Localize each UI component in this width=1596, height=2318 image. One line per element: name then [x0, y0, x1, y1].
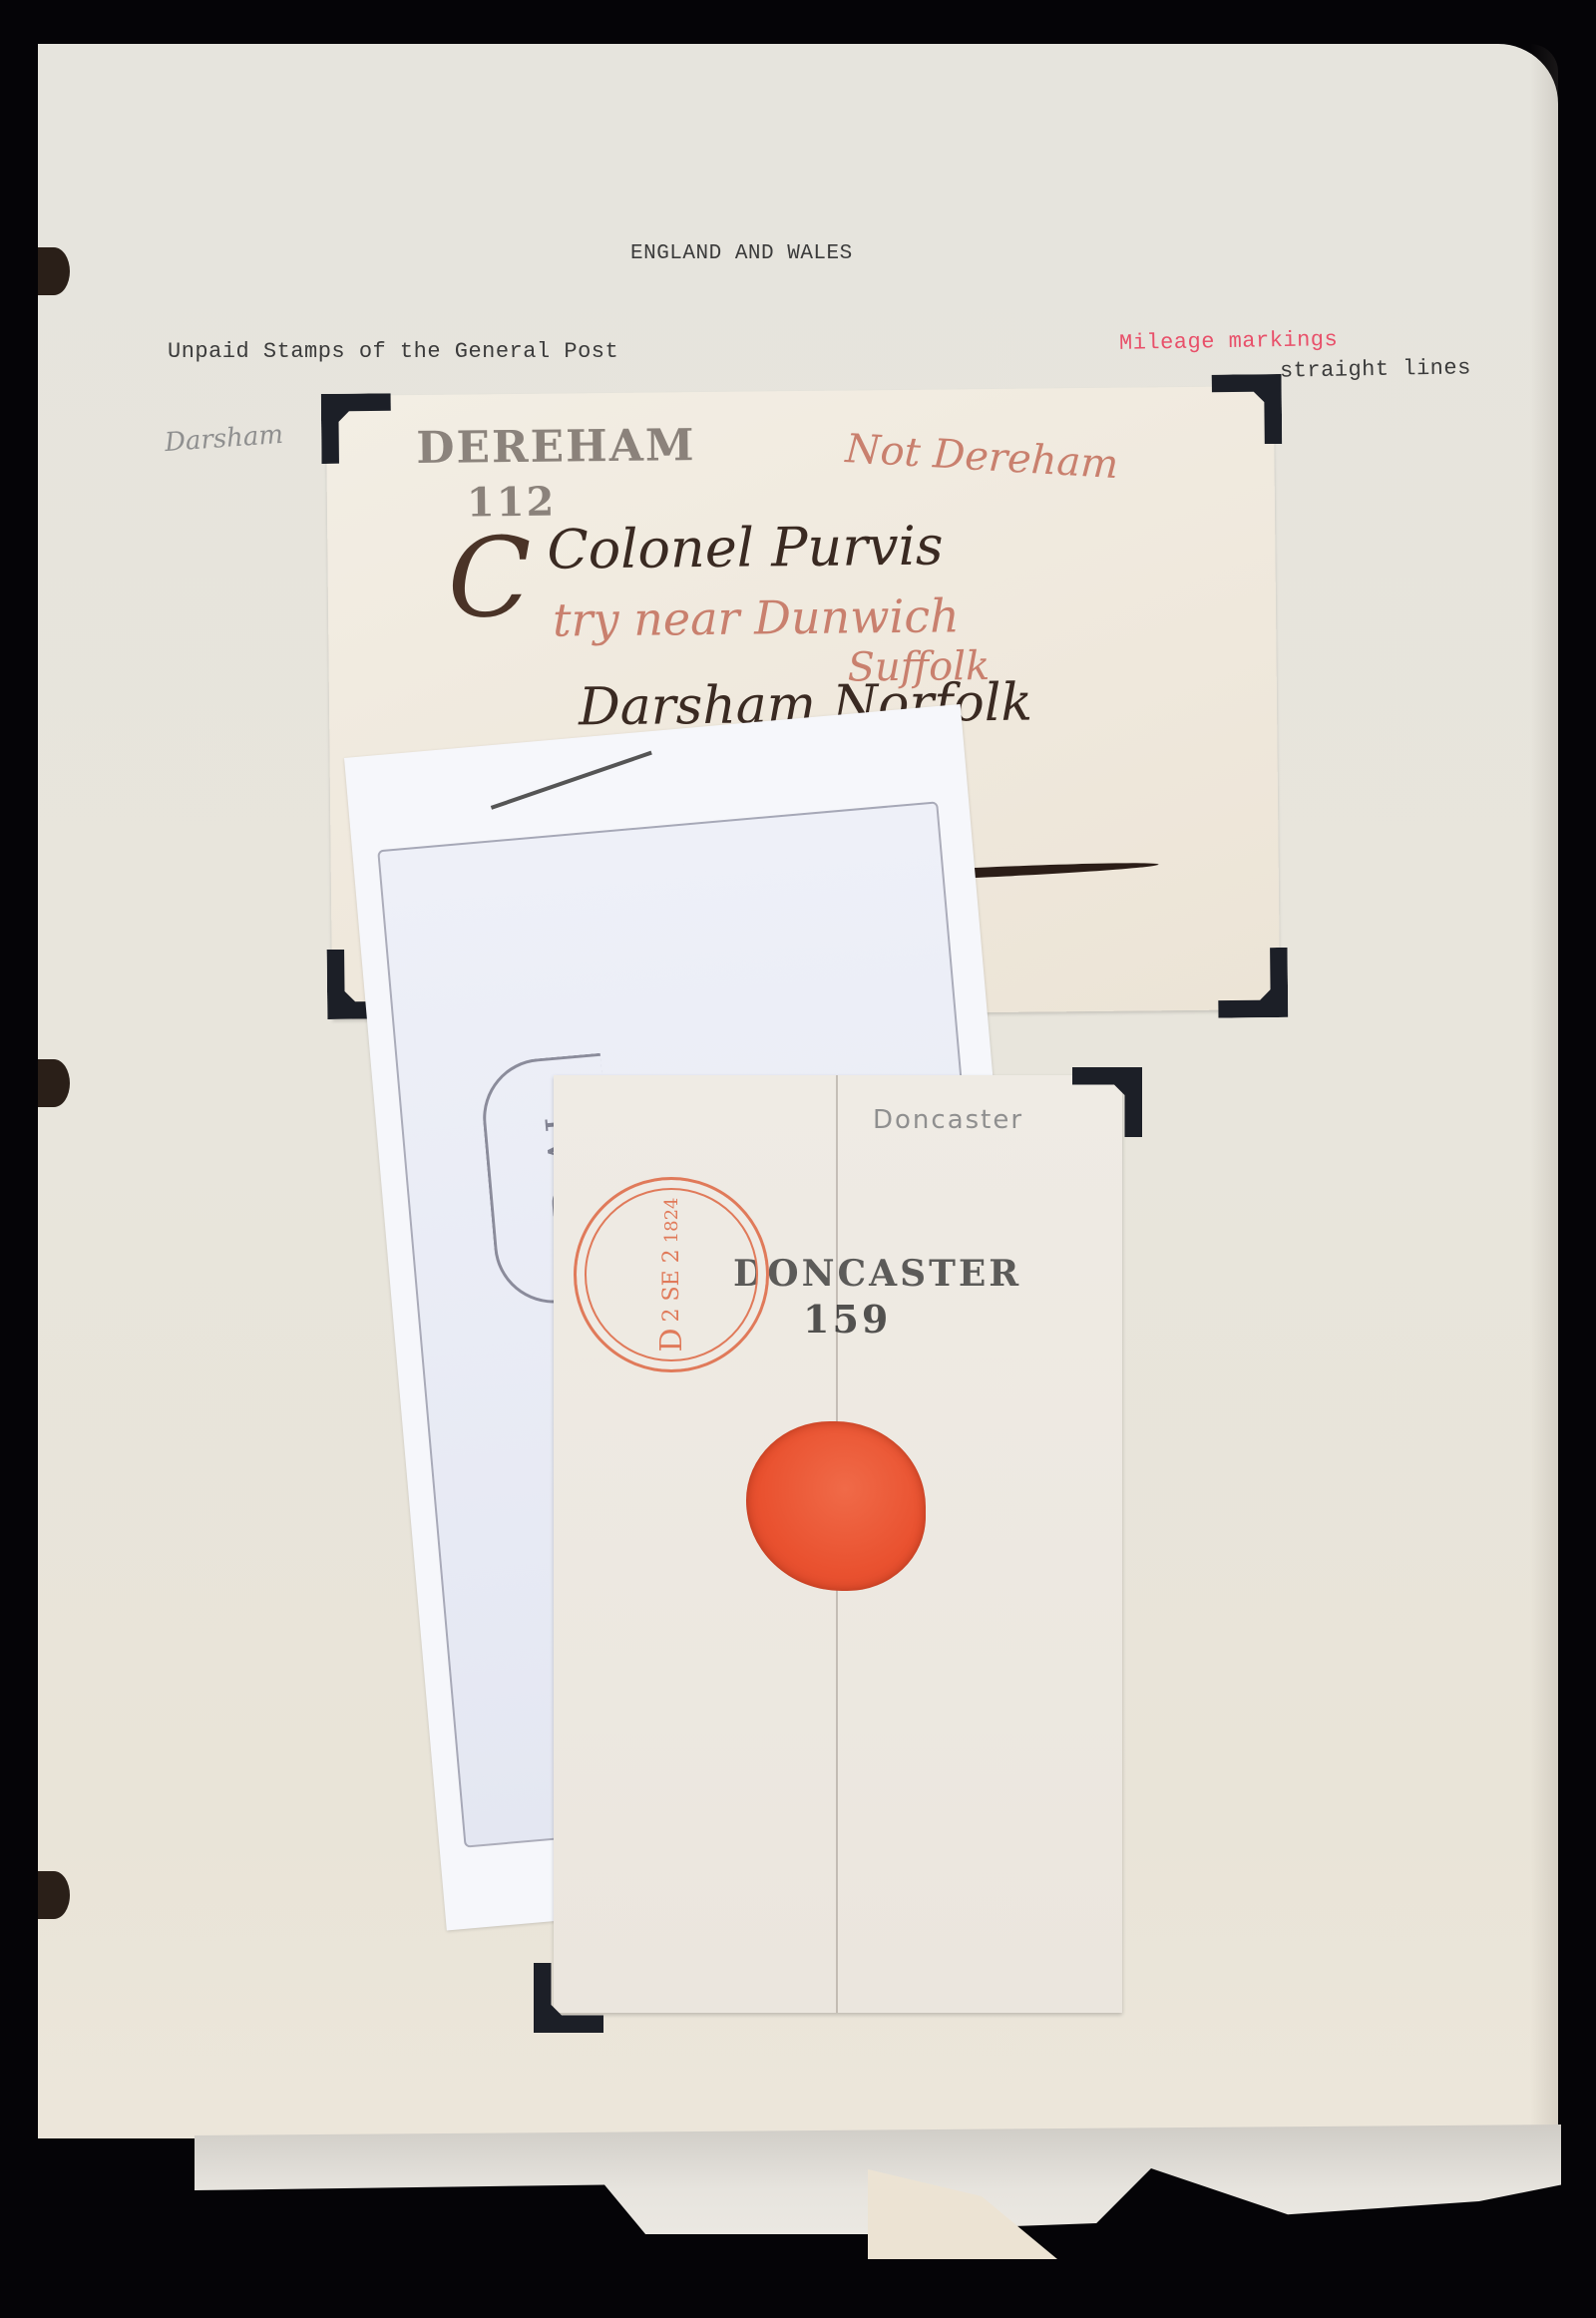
datestamp-letter: D: [654, 1328, 689, 1352]
copy-pencil-line: [491, 751, 652, 810]
binder-hole-bottom: [38, 1871, 70, 1919]
postmark-mileage: 159: [803, 1297, 891, 1342]
mount-corner-tr: [1212, 374, 1283, 445]
section-title: Unpaid Stamps of the General Post: [168, 339, 618, 364]
binder-hole-middle: [38, 1059, 70, 1107]
page-header: ENGLAND AND WALES: [630, 242, 853, 265]
address-line-1: Colonel Purvis: [547, 515, 944, 581]
manuscript-large-flourish: C: [447, 514, 533, 642]
binder-hole-top: [38, 247, 70, 295]
manuscript-not-dereham: Not Dereham: [844, 426, 1119, 488]
mount-corner-bl: [534, 1963, 603, 2033]
page-edge-shadow: [1530, 44, 1558, 2138]
category-label: Mileage markings: [1119, 327, 1339, 356]
datestamp-year: 1824: [661, 1198, 682, 1244]
address-line-2: try near Dunwich: [553, 588, 960, 646]
pencil-note-doncaster: Doncaster: [873, 1105, 1023, 1135]
red-datestamp: D 2 SE 2 1824: [574, 1177, 769, 1372]
mount-corner-tr: [1072, 1067, 1142, 1137]
postmark-town: DEREHAM: [416, 420, 696, 474]
mount-corner-br: [1218, 948, 1289, 1018]
datestamp-date: 2 SE 2: [659, 1249, 684, 1322]
mount-corner-tl: [321, 393, 392, 464]
postmark-town: DONCASTER: [733, 1253, 1021, 1295]
category-sub: straight lines: [1280, 355, 1471, 383]
